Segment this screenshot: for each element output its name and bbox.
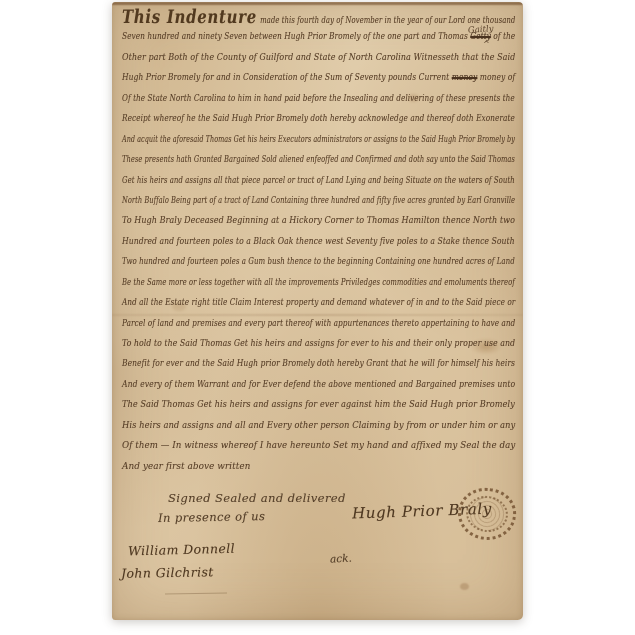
line-text: Get his heirs and assigns all that piece… — [122, 176, 515, 186]
pen-flourish — [165, 592, 227, 594]
struck-word: money — [452, 73, 478, 83]
manuscript-line: And year first above written — [122, 457, 515, 477]
line-text: His heirs and assigns and all and Every … — [122, 421, 515, 431]
line-text: Of them — In witness whereof I have here… — [122, 441, 515, 451]
manuscript-line: And every of them Warrant and for Ever d… — [122, 375, 463, 395]
line-text: Hugh Prior Bromely for and in Considerat… — [122, 73, 452, 83]
line-text: These presents hath Granted Bargained So… — [122, 155, 515, 165]
manuscript-line: Of the State North Carolina to him in ha… — [122, 89, 443, 109]
line-text: And year first above written — [122, 462, 250, 472]
line-text: And acquit the aforesaid Thomas Get his … — [122, 135, 515, 145]
manuscript-line: The Said Thomas Get his heirs and assign… — [122, 395, 485, 415]
paper-top-edge — [112, 2, 523, 5]
witness-signature-1: William Donnell — [128, 541, 235, 559]
attestation-presence-line: In presence of us — [158, 509, 265, 525]
manuscript-line: This Indenturemade this fourth day of No… — [122, 7, 428, 27]
line-text: Be the Same more or less together with a… — [122, 278, 515, 288]
acknowledgment-note: ack. — [330, 552, 352, 565]
manuscript-line: Get his heirs and assigns all that piece… — [122, 171, 430, 191]
line-text: To hold to the Said Thomas Get his heirs… — [122, 339, 515, 349]
line-text: Of the State North Carolina to him in ha… — [122, 94, 515, 104]
line-text: North Buffalo Being part of a tract of L… — [122, 196, 515, 206]
line-text: Other part Both of the County of Guilfor… — [122, 53, 515, 63]
manuscript-body: This Indenturemade this fourth day of No… — [122, 7, 515, 477]
line-text: Receipt whereof he the Said Hugh Prior B… — [122, 114, 515, 124]
line-text: Parcel of land and premises and every pa… — [122, 319, 515, 329]
manuscript-line: Be the Same more or less together with a… — [122, 273, 425, 293]
manuscript-line: Benefit for ever and the Said Hugh prior… — [122, 354, 456, 374]
manuscript-line: Other part Both of the County of Guilfor… — [122, 48, 478, 68]
manuscript-line: Hundred and fourteen poles to a Black Oa… — [122, 232, 462, 252]
line-text: And every of them Warrant and for Ever d… — [122, 380, 515, 390]
line-text: Hundred and fourteen poles to a Black Oa… — [122, 237, 515, 247]
line-text: Seven hundred and ninety Seven between H… — [122, 32, 470, 42]
manuscript-line: And acquit the aforesaid Thomas Get his … — [122, 130, 408, 150]
line-text: The Said Thomas Get his heirs and assign… — [122, 400, 515, 410]
manuscript-line: Two hundred and fourteen poles a Gum bus… — [122, 252, 433, 272]
ink-seal-stamp — [455, 484, 520, 544]
manuscript-line: Of them — In witness whereof I have here… — [122, 436, 506, 456]
manuscript-line: Parcel of land and premises and every pa… — [122, 314, 444, 334]
witness-signature-2: John Gilchrist — [121, 564, 214, 581]
ink-seal-inner — [464, 493, 511, 534]
document-paper: This Indenturemade this fourth day of No… — [112, 2, 523, 620]
line-text: Benefit for ever and the Said Hugh prior… — [122, 359, 515, 369]
line-text: of the — [491, 32, 515, 42]
manuscript-line: Hugh Prior Bromely for and in Considerat… — [122, 68, 457, 88]
manuscript-line: North Buffalo Being part of a tract of L… — [122, 191, 417, 211]
line-text: money of — [477, 73, 515, 83]
manuscript-line: Seven hundred and ninety Seven between H… — [122, 27, 449, 47]
interlined-correction: Gaitly — [468, 24, 494, 36]
attestation-signed-line: Signed Sealed and delivered — [168, 491, 346, 505]
manuscript-line: These presents hath Granted Bargained So… — [122, 150, 418, 170]
line-text: To Hugh Braly Deceased Beginning at a Hi… — [122, 216, 515, 226]
caret-mark: ^ — [483, 40, 490, 49]
opening-words: This Indenture — [122, 6, 257, 28]
manuscript-line: His heirs and assigns and all and Every … — [122, 416, 492, 436]
manuscript-line: And all the Estate right title Claim Int… — [122, 293, 445, 313]
manuscript-line: To hold to the Said Thomas Get his heirs… — [122, 334, 468, 354]
photo-background: This Indenturemade this fourth day of No… — [0, 0, 635, 635]
manuscript-line: To Hugh Braly Deceased Beginning at a Hi… — [122, 211, 478, 231]
manuscript-line: Receipt whereof he the Said Hugh Prior B… — [122, 109, 449, 129]
ink-stain — [460, 583, 469, 590]
line-text: Two hundred and fourteen poles a Gum bus… — [122, 257, 515, 267]
line-text: And all the Estate right title Claim Int… — [122, 298, 515, 308]
